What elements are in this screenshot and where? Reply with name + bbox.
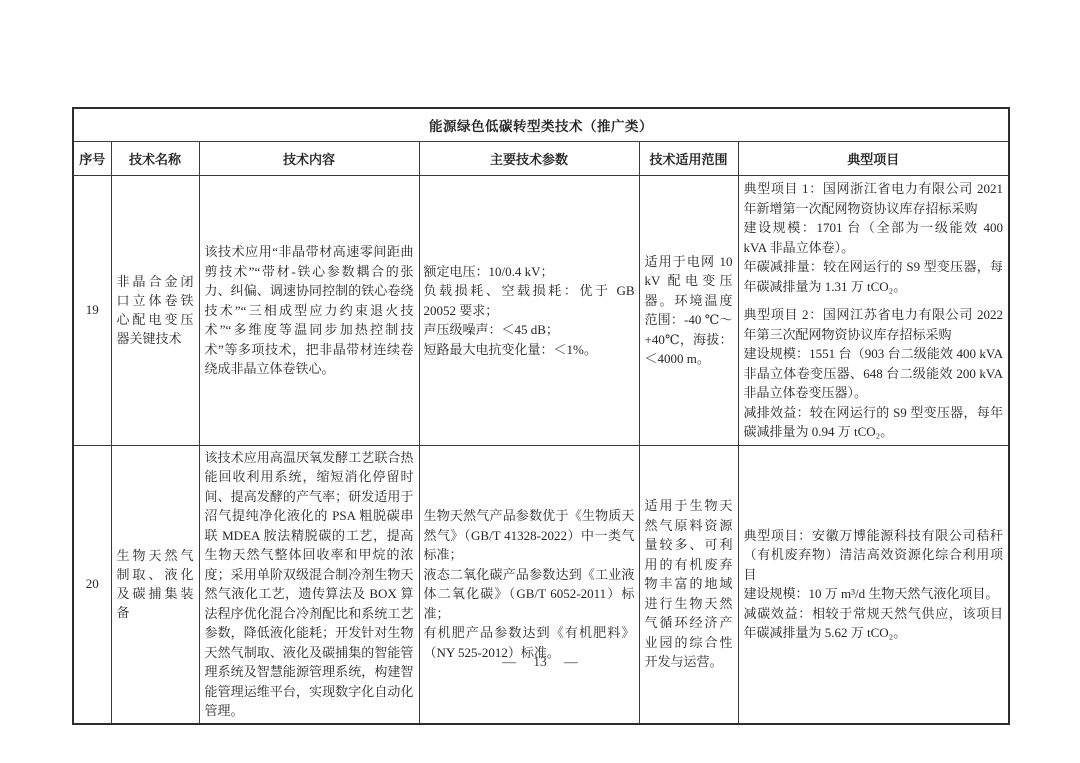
col-header-index: 序号 bbox=[73, 142, 111, 176]
technology-table: 能源绿色低碳转型类技术（推广类） 序号 技术名称 技术内容 主要技术参数 技术适… bbox=[72, 107, 1010, 725]
project-block-2: 典型项目 2：国网江苏省电力有限公司 2022 年第三次配网物资协议库存招标采购… bbox=[744, 305, 1004, 442]
project-block-1: 典型项目：安徽万博能源科技有限公司秸秆（有机废弃物）清洁高效资源化综合利用项目 … bbox=[744, 526, 1004, 643]
document-page: 能源绿色低碳转型类技术（推广类） 序号 技术名称 技术内容 主要技术参数 技术适… bbox=[0, 0, 1080, 763]
typical-projects-cell: 典型项目：安徽万博能源科技有限公司秸秆（有机废弃物）清洁高效资源化综合利用项目 … bbox=[738, 445, 1009, 724]
col-header-tech-parameters: 主要技术参数 bbox=[419, 142, 639, 176]
row-index: 20 bbox=[73, 445, 111, 724]
row-index: 19 bbox=[73, 176, 111, 446]
table-row-19: 19 非晶合金闭口立体卷铁心配电变压器关键技术 该技术应用“非晶带材高速零间距曲… bbox=[73, 176, 1009, 446]
tech-parameters-cell: 额定电压：10/0.4 kV； 负载损耗、空载损耗：优于 GB 20052 要求… bbox=[419, 176, 639, 446]
page-number: — 13 — bbox=[0, 654, 1080, 670]
typical-projects-cell: 典型项目 1：国网浙江省电力有限公司 2021 年新增第一次配网物资协议库存招标… bbox=[738, 176, 1009, 446]
table-header-row: 序号 技术名称 技术内容 主要技术参数 技术适用范围 典型项目 bbox=[73, 142, 1009, 176]
table-row-20: 20 生物天然气制取、液化及碳捕集装备 该技术应用高温厌氧发酵工艺联合热能回收利… bbox=[73, 445, 1009, 724]
tech-scope-cell: 适用于电网 10 kV 配电变压器。环境温度范围：-40 ℃～+40℃，海拔：＜… bbox=[639, 176, 738, 446]
table-title-row: 能源绿色低碳转型类技术（推广类） bbox=[73, 108, 1009, 142]
tech-content-cell: 该技术应用高温厌氧发酵工艺联合热能回收利用系统，缩短消化停留时间、提高发酵的产气… bbox=[199, 445, 419, 724]
col-header-typical-projects: 典型项目 bbox=[738, 142, 1009, 176]
col-header-tech-scope: 技术适用范围 bbox=[639, 142, 738, 176]
col-header-tech-content: 技术内容 bbox=[199, 142, 419, 176]
tech-parameters-cell: 生物天然气产品参数优于《生物质天然气》（GB/T 41328-2022）中一类气… bbox=[419, 445, 639, 724]
tech-name-cell: 非晶合金闭口立体卷铁心配电变压器关键技术 bbox=[111, 176, 199, 446]
tech-name-cell: 生物天然气制取、液化及碳捕集装备 bbox=[111, 445, 199, 724]
tech-content-cell: 该技术应用“非晶带材高速零间距曲剪技术”“带材-铁心参数耦合的张力、纠偏、调速协… bbox=[199, 176, 419, 446]
tech-scope-cell: 适用于生物天然气原料资源量较多、可利用的有机废弃物丰富的地域进行生物天然气循环经… bbox=[639, 445, 738, 724]
project-block-1: 典型项目 1：国网浙江省电力有限公司 2021 年新增第一次配网物资协议库存招标… bbox=[744, 179, 1004, 296]
col-header-tech-name: 技术名称 bbox=[111, 142, 199, 176]
table-title: 能源绿色低碳转型类技术（推广类） bbox=[73, 108, 1009, 142]
